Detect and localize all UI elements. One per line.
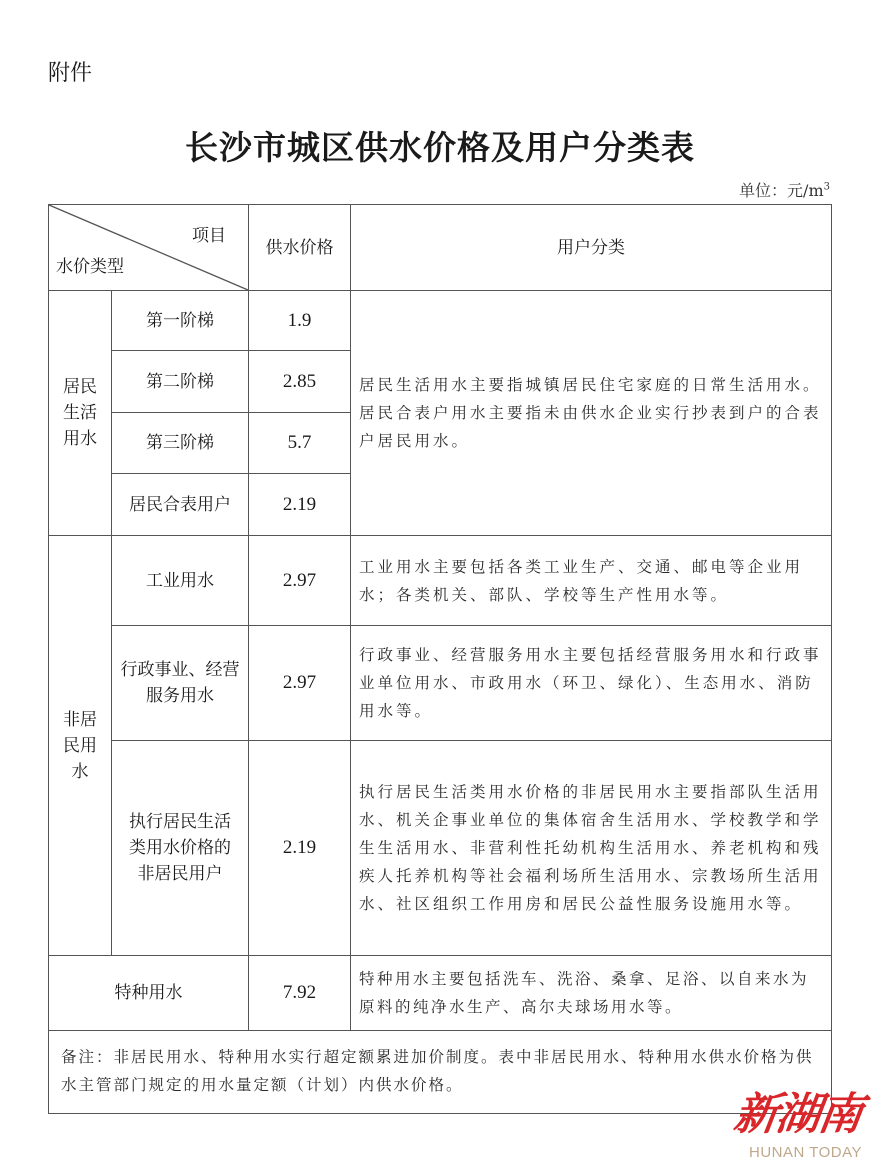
attachment-label: 附件: [48, 56, 92, 87]
residential-group-label: 居民生活用水: [48, 290, 112, 536]
header-type-label: 水价类型: [56, 252, 124, 277]
residential-combined-price: 2.19: [248, 473, 351, 536]
special-description: 特种用水主要包括洗车、洗浴、桑拿、足浴、以自来水为原料的纯净水生产、高尔夫球场用…: [350, 955, 832, 1031]
hunan-today-watermark: 新湖南 HUNAN TODAY: [735, 1078, 875, 1161]
non-residential-group-label: 非居民用水: [48, 535, 112, 956]
header-price: 供水价格: [248, 204, 351, 291]
residential-rate-nonresidential-description: 执行居民生活类用水价格的非居民用水主要指部队生活用水、机关企事业单位的集体宿舍生…: [350, 740, 832, 956]
watermark-cn-logo: 新湖南: [731, 1078, 880, 1142]
unit-label: 单位：元/m3: [739, 178, 830, 201]
header-classification: 用户分类: [350, 204, 832, 291]
residential-combined-type: 居民合表用户: [111, 473, 249, 536]
admin-service-type: 行政事业、经营服务用水: [111, 625, 249, 741]
watermark-en-text: HUNAN TODAY: [749, 1144, 875, 1161]
table-note: 备注：非居民用水、特种用水实行超定额累进加价制度。表中非居民用水、特种用水供水价…: [48, 1030, 832, 1114]
header-item-label: 项目: [192, 221, 226, 246]
special-type: 特种用水: [48, 955, 249, 1031]
industrial-type: 工业用水: [111, 535, 249, 626]
residential-rate-nonresidential-price: 2.19: [248, 740, 351, 956]
residential-tier-2-price: 2.85: [248, 350, 351, 413]
residential-tier-2-type: 第二阶梯: [111, 350, 249, 413]
residential-tier-3-price: 5.7: [248, 412, 351, 474]
admin-service-price: 2.97: [248, 625, 351, 741]
industrial-description: 工业用水主要包括各类工业生产、交通、邮电等企业用水；各类机关、部队、学校等生产性…: [350, 535, 832, 626]
residential-tier-1-type: 第一阶梯: [111, 290, 249, 351]
residential-tier-3-type: 第三阶梯: [111, 412, 249, 474]
admin-service-description: 行政事业、经营服务用水主要包括经营服务用水和行政事业单位用水、市政用水（环卫、绿…: [350, 625, 832, 741]
header-diagonal-cell: [48, 204, 249, 291]
residential-rate-nonresidential-type: 执行居民生活类用水价格的非居民用户: [111, 740, 249, 956]
document-title: 长沙市城区供水价格及用户分类表: [0, 122, 880, 169]
residential-description: 居民生活用水主要指城镇居民住宅家庭的日常生活用水。居民合表户用水主要指未由供水企…: [350, 290, 832, 536]
industrial-price: 2.97: [248, 535, 351, 626]
residential-tier-1-price: 1.9: [248, 290, 351, 351]
special-price: 7.92: [248, 955, 351, 1031]
